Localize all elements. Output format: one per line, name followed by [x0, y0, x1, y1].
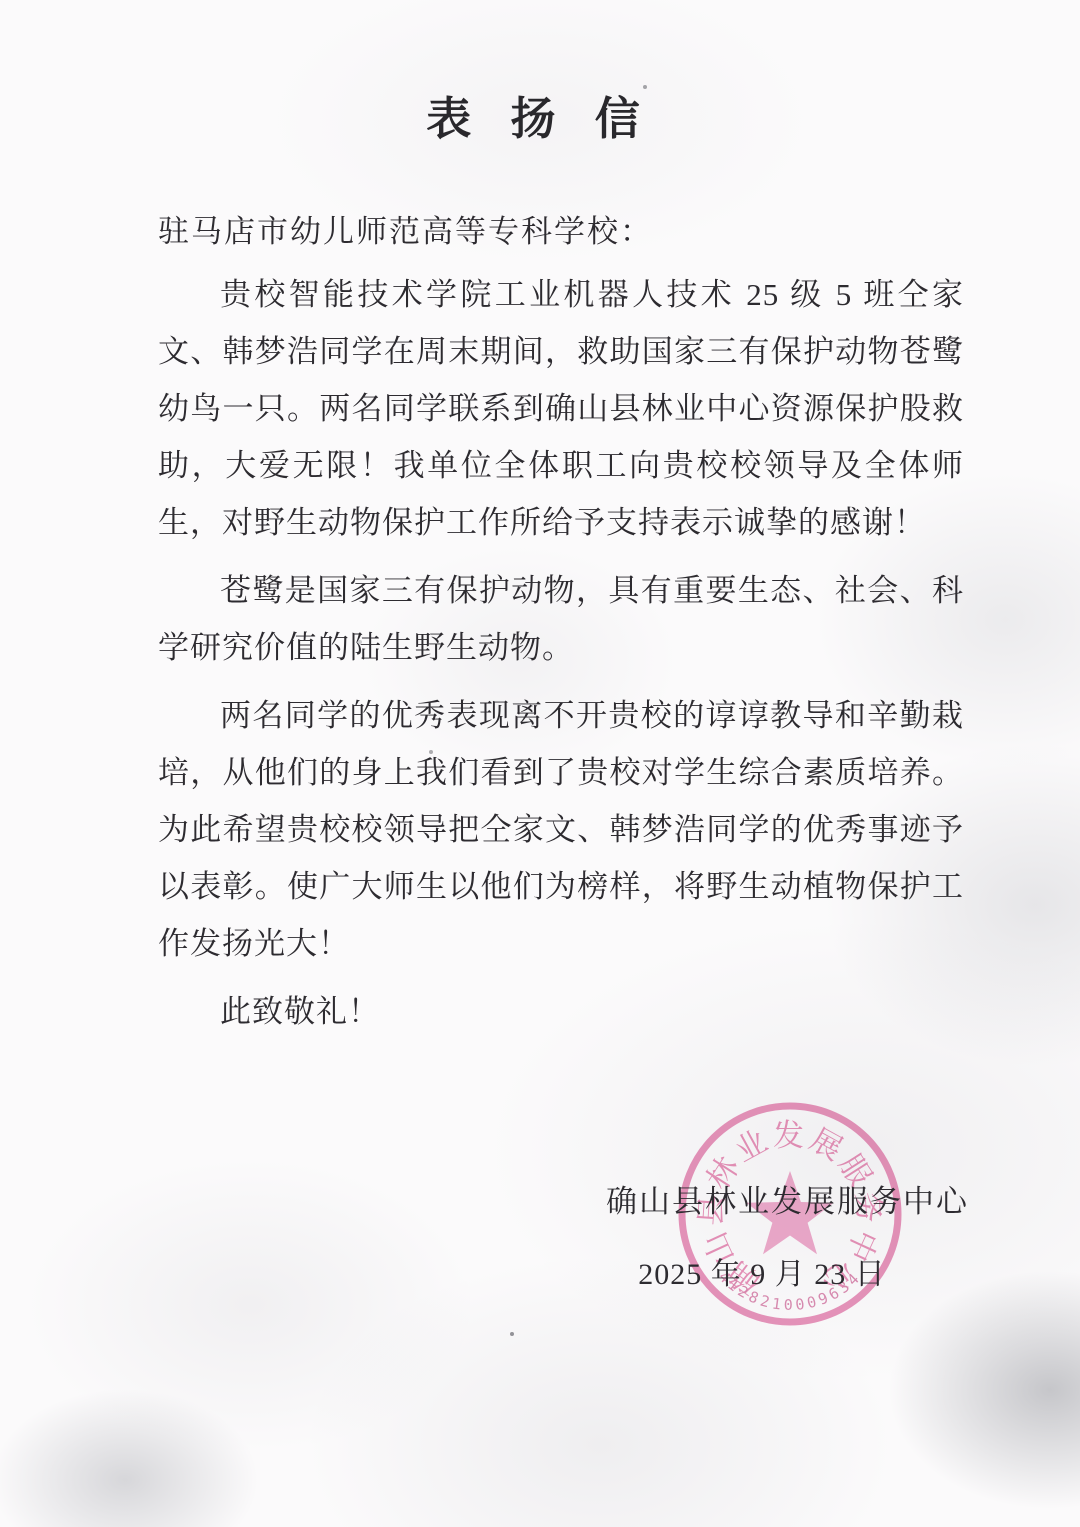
signature-org-name: 确山县林业发展服务中心 [606, 1176, 962, 1221]
letter-title: 表 扬 信 [0, 82, 1080, 147]
letter-paragraph: 贵校智能技术学院工业机器人技术 25 级 5 班仝家文、韩梦浩同学在周末期间，救… [158, 266, 964, 551]
letter-body: 贵校智能技术学院工业机器人技术 25 级 5 班仝家文、韩梦浩同学在周末期间，救… [158, 266, 964, 1051]
letter-salutation: 驻马店市幼儿师范高等专科学校： [158, 206, 653, 251]
scanned-letter-page: 表 扬 信 驻马店市幼儿师范高等专科学校： 贵校智能技术学院工业机器人技术 25… [0, 0, 1080, 1527]
paper-specks [643, 85, 647, 89]
letter-closing: 此致敬礼！ [158, 983, 964, 1040]
signature-block: 确山县林业发展服务中心 2025 年 9 月 23 日 [606, 1176, 962, 1293]
letter-paragraph: 两名同学的优秀表现离不开贵校的谆谆教导和辛勤栽培，从他们的身上我们看到了贵校对学… [158, 687, 964, 972]
signature-date: 2025 年 9 月 23 日 [584, 1249, 940, 1293]
letter-paragraph: 苍鹭是国家三有保护动物，具有重要生态、社会、科学研究价值的陆生野生动物。 [158, 562, 964, 676]
